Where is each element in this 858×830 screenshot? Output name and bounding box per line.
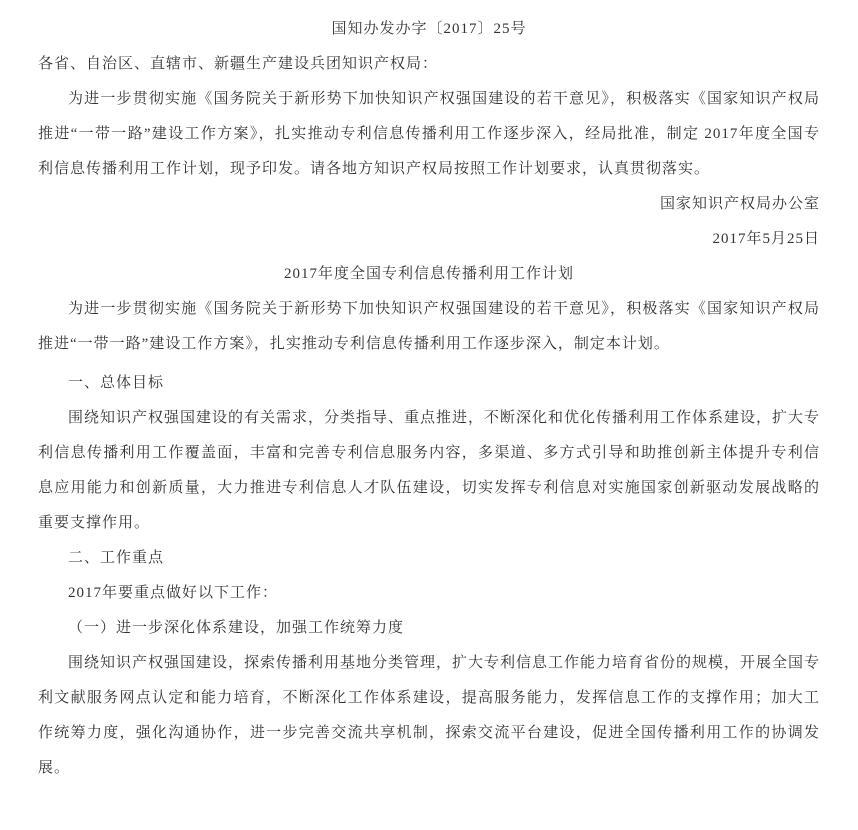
signature-office: 国家知识产权局办公室: [38, 187, 820, 222]
overall-goals-paragraph: 围绕知识产权强国建设的有关需求，分类指导、重点推进，不断深化和优化传播利用工作体…: [38, 401, 820, 541]
plan-title: 2017年度全国专利信息传播利用工作计划: [38, 257, 820, 292]
section-heading-work-priorities: 二、工作重点: [38, 541, 820, 576]
plan-preamble: 为进一步贯彻实施《国务院关于新形势下加快知识产权强国建设的若干意见》，积极落实《…: [38, 292, 820, 362]
doc-number: 国知办发办字〔2017〕25号: [38, 12, 820, 47]
subsection-heading-system-building: （一）进一步深化体系建设，加强工作统筹力度: [38, 611, 820, 646]
section-heading-overall-goals: 一、总体目标: [38, 366, 820, 401]
work-priorities-lead: 2017年要重点做好以下工作：: [38, 576, 820, 611]
signature-date: 2017年5月25日: [38, 222, 820, 257]
subsection-body-system-building: 围绕知识产权强国建设，探索传播利用基地分类管理，扩大专利信息工作能力培育省份的规…: [38, 646, 820, 786]
salutation: 各省、自治区、直辖市、新疆生产建设兵团知识产权局：: [38, 47, 820, 82]
intro-paragraph: 为进一步贯彻实施《国务院关于新形势下加快知识产权强国建设的若干意见》，积极落实《…: [38, 82, 820, 187]
document-page: 国知办发办字〔2017〕25号 各省、自治区、直辖市、新疆生产建设兵团知识产权局…: [0, 0, 858, 830]
